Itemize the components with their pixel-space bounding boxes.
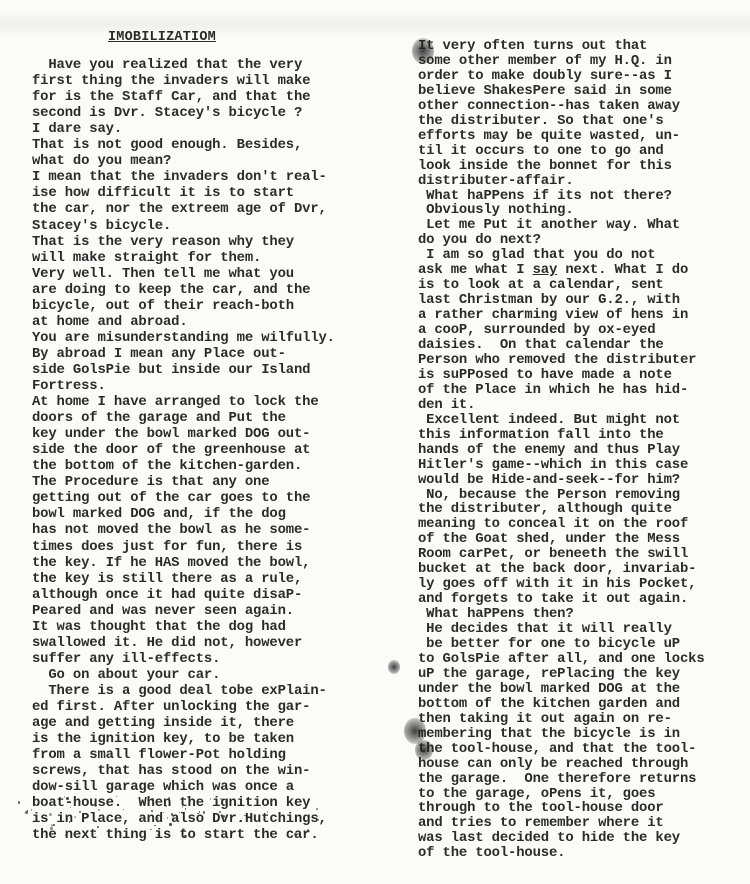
speckle [156, 817, 159, 820]
text-line: times does just for fun, there is [32, 540, 302, 554]
text-line: last Christman by our G.2., with [418, 293, 680, 307]
speckle [187, 796, 189, 798]
text-line: ed first. After unlocking the gar- [32, 700, 310, 714]
text-line: the distributer. So that one's [418, 114, 664, 128]
text-line: of the tool-house. [418, 846, 565, 860]
speckle [294, 833, 296, 835]
text-line: for is the Staff Car, and that the [32, 90, 310, 104]
text-line: through to the tool-house door [418, 801, 664, 815]
text-line: has not moved the bowl as he some- [32, 523, 310, 537]
text-line: then taking it out again on re- [418, 712, 672, 726]
text-line: although once it had quite disaP- [32, 588, 302, 602]
text-line: That is not good enough. Besides, [32, 138, 302, 152]
text-line: ask me what I say next. What I do [418, 263, 688, 277]
document-title: IMOBILIZATIOM [108, 30, 216, 45]
text-line: key under the bowl marked DOG out- [32, 427, 310, 441]
speckle [98, 809, 100, 811]
text-line: bowl marked DOG and, if the dog [32, 507, 286, 521]
speckle [244, 815, 245, 816]
text-line: other connection--has taken away [418, 99, 680, 113]
text-line: Let me Put it another way. What [418, 218, 680, 232]
text-line: some other member of my H.Q. in [418, 54, 672, 68]
text-line: the key is still there as a rule, [32, 572, 302, 586]
speckle [151, 798, 154, 801]
text-line: That is the very reason why they [32, 235, 294, 249]
text-line: would be Hide-and-seek--for him? [418, 473, 680, 487]
text-line: The Procedure is that any one [32, 475, 269, 489]
speckle [221, 801, 223, 803]
text-line: I mean that the invaders don't real- [32, 170, 327, 184]
text-line: do you do next? [418, 233, 541, 247]
speckle [168, 797, 170, 799]
text-line: of the Place in which he has hid- [418, 383, 688, 397]
ink-blot [415, 740, 433, 760]
text-line: the next thing is to start the car. [32, 828, 319, 842]
text-line: second is Dvr. Stacey's bicycle ? [32, 106, 302, 120]
speckle [317, 816, 318, 817]
text-line: bicycle, out of their reach-both [32, 299, 294, 313]
text-line: Go on about your car. [32, 668, 220, 682]
text-line: side GolsPie but inside our Island [32, 363, 310, 377]
text-line: the garage. One therefore returns [418, 772, 696, 786]
text-line: look inside the bonnet for this [418, 159, 672, 173]
text-line: is in Place, and also Dvr.Hutchings, [32, 812, 327, 826]
speckle [222, 815, 225, 818]
text-line: I dare say. [32, 122, 122, 136]
text-line: ly goes off with it in his Pocket, [418, 577, 696, 591]
speckle [197, 813, 198, 814]
text-line: be better for one to bicycle uP [418, 637, 680, 651]
speckle [49, 813, 52, 816]
text-line: of the Goat shed, under the Mess [418, 532, 680, 546]
ink-blot [388, 660, 400, 674]
text-line: efforts may be quite wasted, un- [418, 129, 680, 143]
text-line: There is a good deal tobe exPlain- [32, 684, 327, 698]
speckle [163, 812, 164, 813]
text-line: house can only be reached through [418, 757, 688, 771]
text-line: Have you realized that the very [32, 58, 302, 72]
text-line: screws, that has stood on the win- [32, 764, 310, 778]
text-line: Person who removed the distributer [418, 353, 696, 367]
text-line: was last decided to hide the key [418, 831, 680, 845]
text-line: bucket at the back door, invariab- [418, 562, 696, 576]
text-line: til it occurs to one to go and [418, 144, 664, 158]
speckle [316, 808, 318, 810]
text-line: this information fall into the [418, 428, 664, 442]
text-line: uP the garage, rePlacing the key [418, 667, 680, 681]
text-line: the bottom of the kitchen-garden. [32, 459, 302, 473]
text-line: from a small flower-Pot holding [32, 748, 286, 762]
text-line: the distributer, although quite [418, 502, 672, 516]
text-line: At home I have arranged to lock the [32, 395, 319, 409]
speckle [31, 809, 32, 810]
speckle [307, 829, 309, 831]
text-line: Hitler's game--which in this case [418, 458, 688, 472]
text-line: meaning to conceal it on the roof [418, 517, 688, 531]
text-line: bottom of the kitchen garden and [418, 697, 680, 711]
text-line: boat-house. When the ignition key [32, 796, 310, 810]
text-line: getting out of the car goes to the [32, 491, 310, 505]
text-line: is to look at a calendar, sent [418, 278, 664, 292]
speckle [169, 823, 172, 826]
text-line: a rather charming view of hens in [418, 308, 688, 322]
text-line: No, because the Person removing [418, 488, 680, 502]
ink-blot [412, 38, 434, 64]
speckle [167, 817, 168, 818]
text-line: are doing to keep the car, and the [32, 283, 310, 297]
text-line: membering that the bicycle is in [418, 727, 680, 741]
text-line: What haPPens if its not there? [418, 189, 672, 203]
text-line: at home and abroad. [32, 315, 188, 329]
text-line: It was thought that the dog had [32, 620, 286, 634]
text-line: By abroad I mean any Place out- [32, 347, 286, 361]
text-line: what do you mean? [32, 154, 171, 168]
text-line: dow-sill garage which was once a [32, 780, 294, 794]
text-line: to GolsPie after all, and one locks [418, 652, 705, 666]
text-line: and forgets to take it out again. [418, 592, 688, 606]
text-line: believe ShakesPere said in some [418, 84, 672, 98]
text-line: Very well. Then tell me what you [32, 267, 294, 281]
speckle [18, 801, 20, 803]
text-line: Excellent indeed. But might not [418, 413, 680, 427]
text-line: the tool-house, and that the tool- [418, 742, 696, 756]
text-line: hands of the enemy and thus Play [418, 443, 680, 457]
text-line: I am so glad that you do not [418, 248, 655, 262]
speckle [27, 810, 29, 812]
text-line: will make straight for them. [32, 251, 261, 265]
speckle [151, 810, 153, 812]
text-line: daisies. On that calendar the [418, 338, 664, 352]
text-line: swallowed it. He did not, however [32, 636, 302, 650]
speckle [267, 811, 268, 812]
speckle [165, 805, 167, 807]
speckle [94, 804, 96, 806]
text-line: order to make doubly sure--as I [418, 69, 672, 83]
typewritten-page: IMOBILIZATIOM Have you realized that the… [0, 0, 750, 884]
text-line: Peared and was never seen again. [32, 604, 294, 618]
text-line: It very often turns out that [418, 39, 647, 53]
text-line: a cooP, surrounded by ox-eyed [418, 323, 655, 337]
text-line: suffer any ill-effects. [32, 652, 220, 666]
text-line: He decides that it will really [418, 622, 672, 636]
speckle [182, 828, 185, 831]
text-line: Room carPet, or beneeth the swill [418, 547, 688, 561]
text-line: side the door of the greenhouse at [32, 443, 310, 457]
speckle [123, 809, 124, 810]
speckle [184, 835, 186, 837]
text-line: the car, nor the extreem age of Dvr, [32, 202, 327, 216]
text-line: Obviously nothing. [418, 203, 574, 217]
text-line: doors of the garage and Put the [32, 411, 286, 425]
text-line: den it. [418, 398, 475, 412]
speckle [50, 827, 53, 830]
speckle [74, 816, 76, 818]
text-line: You are misunderstanding me wilfully. [32, 331, 335, 345]
speckle [25, 811, 27, 813]
text-line: ise how difficult it is to start [32, 186, 294, 200]
text-line: What haPPens then? [418, 607, 574, 621]
text-line: age and getting inside it, there [32, 716, 294, 730]
text-line: is the ignition key, to be taken [32, 732, 294, 746]
text-line: is suPPosed to have made a note [418, 368, 672, 382]
text-line: Fortress. [32, 379, 106, 393]
text-line: under the bowl marked DOG at the [418, 682, 680, 696]
text-line: distributer-affair. [418, 174, 574, 188]
speckle [239, 821, 241, 823]
text-line: first thing the invaders will make [32, 74, 310, 88]
text-line: the key. If he HAS moved the bowl, [32, 556, 310, 570]
text-line: to the garage, oPens it, goes [418, 787, 655, 801]
speckle [64, 796, 65, 797]
speckle [98, 818, 99, 819]
text-line: and tries to remember where it [418, 816, 664, 830]
text-line: Stacey's bicycle. [32, 219, 171, 233]
